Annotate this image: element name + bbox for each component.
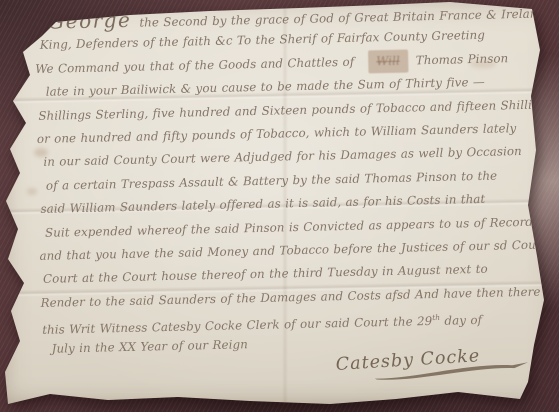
paper-shadow: Georgethe Second by the grace of God of …: [0, 0, 559, 412]
paper-stain: [27, 188, 37, 195]
manuscript-paper: Georgethe Second by the grace of God of …: [0, 0, 559, 412]
superscript-th: th: [432, 313, 440, 322]
opening-word-george: George: [48, 8, 132, 34]
manuscript-line-3-post: Thomas Pinson: [416, 51, 509, 67]
photograph-of-manuscript: Georgethe Second by the grace of God of …: [0, 0, 559, 412]
manuscript-line-3-pre: We Command you that of the Goods and Cha…: [35, 55, 354, 76]
struck-out-word: Will: [368, 49, 408, 73]
manuscript-line-14-post: day of: [440, 313, 482, 328]
manuscript-text: Georgethe Second by the grace of God of …: [34, 0, 540, 362]
